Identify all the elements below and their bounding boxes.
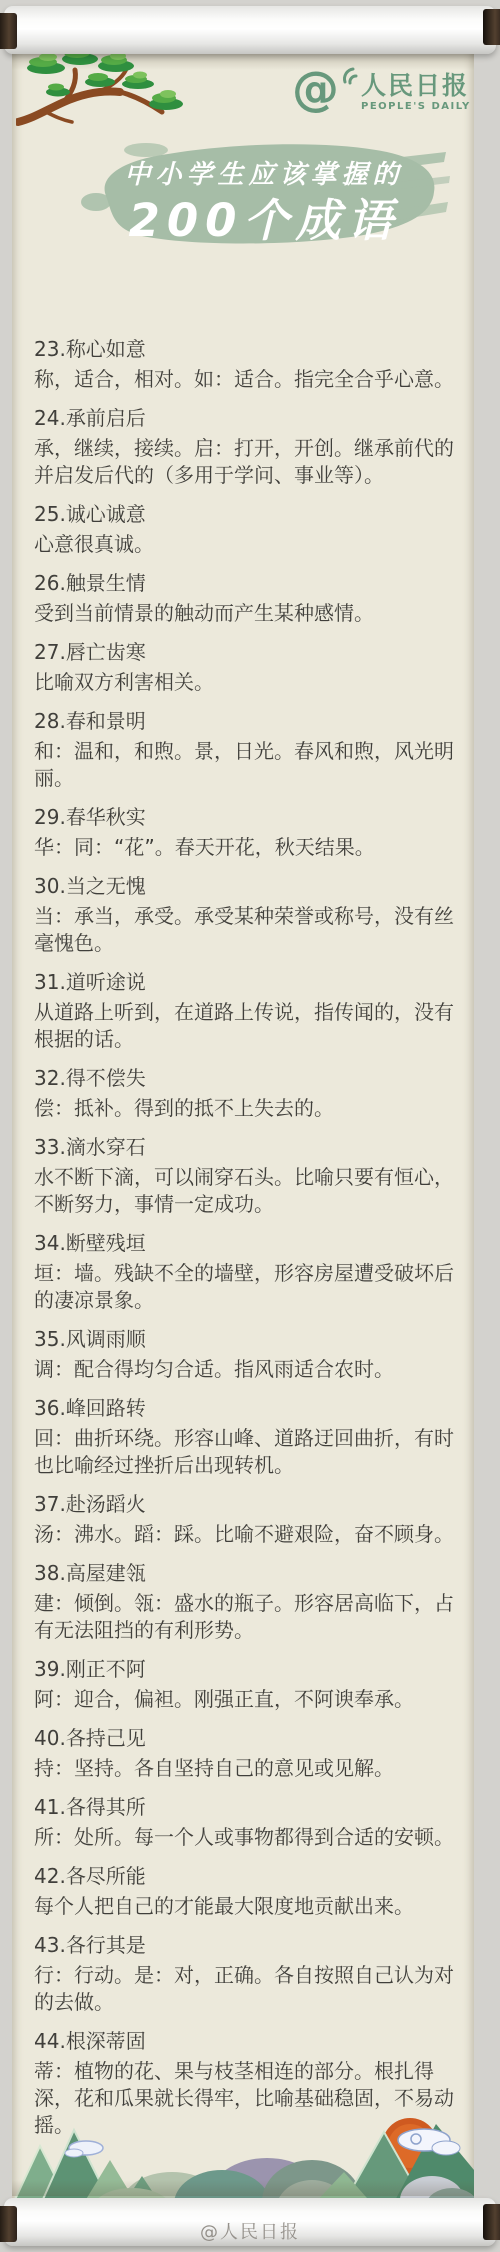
- idiom-term: 春华秋实: [66, 805, 146, 829]
- idiom-term-line: 37.赴汤蹈火: [34, 1491, 458, 1517]
- idiom-definition: 建：倾倒。瓴：盛水的瓶子。形容居高临下，占有无法阻挡的有利形势。: [34, 1590, 458, 1644]
- idiom-entry: 43.各行其是 行：行动。是：对，正确。各自按照自己认为对的去做。: [34, 1932, 458, 2016]
- idiom-definition: 偿：抵补。得到的抵不上失去的。: [34, 1095, 458, 1122]
- idiom-term-line: 36.峰回路转: [34, 1395, 458, 1421]
- idiom-term-line: 43.各行其是: [34, 1932, 458, 1958]
- idiom-number: 43.: [34, 1933, 66, 1957]
- idiom-term: 风调雨顺: [66, 1327, 146, 1351]
- idiom-entry: 27.唇亡齿寒 比喻双方利害相关。: [34, 639, 458, 696]
- idiom-definition: 持：坚持。各自坚持自己的意见或见解。: [34, 1755, 458, 1782]
- idiom-entry: 33.滴水穿石 水不断下滴，可以闹穿石头。比喻只要有恒心，不断努力，事情一定成功…: [34, 1134, 458, 1218]
- idiom-definition: 每个人把自己的才能最大限度地贡献出来。: [34, 1893, 458, 1920]
- idiom-term: 道听途说: [66, 970, 146, 994]
- idiom-entry: 41.各得其所 所：处所。每一个人或事物都得到合适的安顿。: [34, 1794, 458, 1851]
- idiom-term-line: 24.承前启后: [34, 405, 458, 431]
- idiom-term: 刚正不阿: [66, 1657, 146, 1681]
- idiom-term-line: 29.春华秋实: [34, 804, 458, 830]
- idiom-term-line: 23.称心如意: [34, 336, 458, 362]
- idiom-definition: 从道路上听到，在道路上传说，指传闻的，没有根据的话。: [34, 999, 458, 1053]
- idiom-entry: 39.刚正不阿 阿：迎合，偏袒。刚强正直，不阿谀奉承。: [34, 1656, 458, 1713]
- scroll-bottom-shadow: [12, 2180, 474, 2196]
- top-roller-left-cap: [0, 13, 17, 49]
- idiom-entry: 30.当之无愧 当：承当，承受。承受某种荣誉或称号，没有丝毫愧色。: [34, 873, 458, 957]
- idiom-number: 37.: [34, 1492, 66, 1516]
- idiom-entry: 32.得不偿失 偿：抵补。得到的抵不上失去的。: [34, 1065, 458, 1122]
- idiom-definition: 华：同：“花”。春天开花，秋天结果。: [34, 834, 458, 861]
- logo-subtitle: PEOPLE'S DAILY: [361, 101, 471, 112]
- idiom-term-line: 32.得不偿失: [34, 1065, 458, 1091]
- idiom-term-line: 26.触景生情: [34, 570, 458, 596]
- idiom-number: 36.: [34, 1396, 66, 1420]
- idiom-term: 承前启后: [66, 406, 146, 430]
- idiom-definition: 阿：迎合，偏袒。刚强正直，不阿谀奉承。: [34, 1686, 458, 1713]
- idiom-definition: 水不断下滴，可以闹穿石头。比喻只要有恒心，不断努力，事情一定成功。: [34, 1164, 458, 1218]
- idiom-term-line: 39.刚正不阿: [34, 1656, 458, 1682]
- idiom-number: 24.: [34, 406, 66, 430]
- idiom-number: 25.: [34, 502, 66, 526]
- at-icon: @: [292, 66, 339, 114]
- idiom-number: 35.: [34, 1327, 66, 1351]
- idiom-entry: 34.断壁残垣 垣：墙。残缺不全的墙壁，形容房屋遭受破坏后的凄凉景象。: [34, 1230, 458, 1314]
- idiom-term: 称心如意: [66, 337, 146, 361]
- idiom-number: 40.: [34, 1726, 66, 1750]
- page-title-line2: 200个成语: [76, 184, 452, 249]
- idiom-number: 44.: [34, 2029, 66, 2053]
- idiom-term: 各行其是: [66, 1933, 146, 1957]
- idiom-entry: 26.触景生情 受到当前情景的触动而产生某种感情。: [34, 570, 458, 627]
- idiom-term: 当之无愧: [66, 874, 146, 898]
- idiom-term: 峰回路转: [66, 1396, 146, 1420]
- idiom-number: 41.: [34, 1795, 66, 1819]
- idiom-number: 23.: [34, 337, 66, 361]
- idiom-definition: 回：曲折环绕。形容山峰、道路迂回曲折，有时也比喻经过挫折后出现转机。: [34, 1425, 458, 1479]
- idiom-entry: 42.各尽所能 每个人把自己的才能最大限度地贡献出来。: [34, 1863, 458, 1920]
- idiom-term: 断壁残垣: [66, 1231, 146, 1255]
- idiom-term: 各尽所能: [66, 1864, 146, 1888]
- idiom-term-line: 33.滴水穿石: [34, 1134, 458, 1160]
- top-roller: [4, 6, 496, 54]
- idiom-list: 23.称心如意 称，适合，相对。如：适合。指完全合乎心意。 24.承前启后 承，…: [34, 336, 458, 2139]
- idiom-term: 得不偿失: [66, 1066, 146, 1090]
- idiom-definition: 调：配合得均匀合适。指风雨适合农时。: [34, 1356, 458, 1383]
- idiom-definition: 承，继续，接续。启：打开，开创。继承前代的并启发后代的（多用于学问、事业等）。: [34, 435, 458, 489]
- title-banner: 中小学生应该掌握的 200个成语: [76, 132, 452, 260]
- idiom-term: 高屋建瓴: [66, 1561, 146, 1585]
- idiom-number: 33.: [34, 1135, 66, 1159]
- idiom-term-line: 44.根深蒂固: [34, 2028, 458, 2054]
- idiom-term: 唇亡齿寒: [66, 640, 146, 664]
- idiom-entry: 25.诚心诚意 心意很真诚。: [34, 501, 458, 558]
- idiom-term-line: 41.各得其所: [34, 1794, 458, 1820]
- idiom-term: 各持己见: [66, 1726, 146, 1750]
- idiom-term-line: 28.春和景明: [34, 708, 458, 734]
- signal-waves-icon: [341, 66, 361, 88]
- idiom-definition: 汤：沸水。蹈：踩。比喻不避艰险，奋不顾身。: [34, 1521, 458, 1548]
- idiom-number: 39.: [34, 1657, 66, 1681]
- idiom-definition: 比喻双方利害相关。: [34, 669, 458, 696]
- watermark: @人民日报: [0, 2218, 500, 2244]
- idiom-entry: 38.高屋建瓴 建：倾倒。瓴：盛水的瓶子。形容居高临下，占有无法阻挡的有利形势。: [34, 1560, 458, 1644]
- idiom-definition: 垣：墙。残缺不全的墙壁，形容房屋遭受破坏后的凄凉景象。: [34, 1260, 458, 1314]
- idiom-entry: 36.峰回路转 回：曲折环绕。形容山峰、道路迂回曲折，有时也比喻经过挫折后出现转…: [34, 1395, 458, 1479]
- logo-title: 人民日报: [361, 72, 471, 99]
- idiom-term: 触景生情: [66, 571, 146, 595]
- idiom-number: 26.: [34, 571, 66, 595]
- idiom-term: 滴水穿石: [66, 1135, 146, 1159]
- idiom-definition: 心意很真诚。: [34, 531, 458, 558]
- idiom-term-line: 25.诚心诚意: [34, 501, 458, 527]
- idiom-term-line: 30.当之无愧: [34, 873, 458, 899]
- idiom-number: 31.: [34, 970, 66, 994]
- idiom-number: 29.: [34, 805, 66, 829]
- pine-branch-illustration: [16, 50, 188, 144]
- idiom-definition: 受到当前情景的触动而产生某种感情。: [34, 600, 458, 627]
- top-roller-right-cap: [483, 9, 500, 45]
- idiom-term-line: 40.各持己见: [34, 1725, 458, 1751]
- idiom-number: 28.: [34, 709, 66, 733]
- idiom-entry: 40.各持己见 持：坚持。各自坚持自己的意见或见解。: [34, 1725, 458, 1782]
- idiom-term-line: 42.各尽所能: [34, 1863, 458, 1889]
- pine-branch-icon: [16, 50, 188, 140]
- idiom-term: 赴汤蹈火: [66, 1492, 146, 1516]
- idiom-term: 诚心诚意: [66, 502, 146, 526]
- idiom-entry: 23.称心如意 称，适合，相对。如：适合。指完全合乎心意。: [34, 336, 458, 393]
- idiom-entry: 24.承前启后 承，继续，接续。启：打开，开创。继承前代的并启发后代的（多用于学…: [34, 405, 458, 489]
- idiom-definition: 行：行动。是：对，正确。各自按照自己认为对的去做。: [34, 1962, 458, 2016]
- idiom-entry: 35.风调雨顺 调：配合得均匀合适。指风雨适合农时。: [34, 1326, 458, 1383]
- idiom-term-line: 34.断壁残垣: [34, 1230, 458, 1256]
- idiom-number: 34.: [34, 1231, 66, 1255]
- idiom-entry: 37.赴汤蹈火 汤：沸水。蹈：踩。比喻不避艰险，奋不顾身。: [34, 1491, 458, 1548]
- idiom-number: 42.: [34, 1864, 66, 1888]
- idiom-entry: 31.道听途说 从道路上听到，在道路上传说，指传闻的，没有根据的话。: [34, 969, 458, 1053]
- idiom-number: 38.: [34, 1561, 66, 1585]
- idiom-number: 32.: [34, 1066, 66, 1090]
- idiom-term-line: 31.道听途说: [34, 969, 458, 995]
- idiom-term: 各得其所: [66, 1795, 146, 1819]
- idiom-number: 30.: [34, 874, 66, 898]
- idiom-definition: 称，适合，相对。如：适合。指完全合乎心意。: [34, 366, 458, 393]
- idiom-term: 根深蒂固: [66, 2029, 146, 2053]
- peoples-daily-logo: @ 人民日报 PEOPLE'S DAILY: [292, 66, 482, 114]
- idiom-number: 27.: [34, 640, 66, 664]
- idiom-term-line: 27.唇亡齿寒: [34, 639, 458, 665]
- idiom-entry: 28.春和景明 和：温和，和煦。景，日光。春风和煦，风光明丽。: [34, 708, 458, 792]
- idiom-term-line: 38.高屋建瓴: [34, 1560, 458, 1586]
- idiom-term: 春和景明: [66, 709, 146, 733]
- idiom-definition: 和：温和，和煦。景，日光。春风和煦，风光明丽。: [34, 738, 458, 792]
- idiom-definition: 当：承当，承受。承受某种荣誉或称号，没有丝毫愧色。: [34, 903, 458, 957]
- idiom-definition: 所：处所。每一个人或事物都得到合适的安顿。: [34, 1824, 458, 1851]
- idiom-term-line: 35.风调雨顺: [34, 1326, 458, 1352]
- idiom-entry: 29.春华秋实 华：同：“花”。春天开花，秋天结果。: [34, 804, 458, 861]
